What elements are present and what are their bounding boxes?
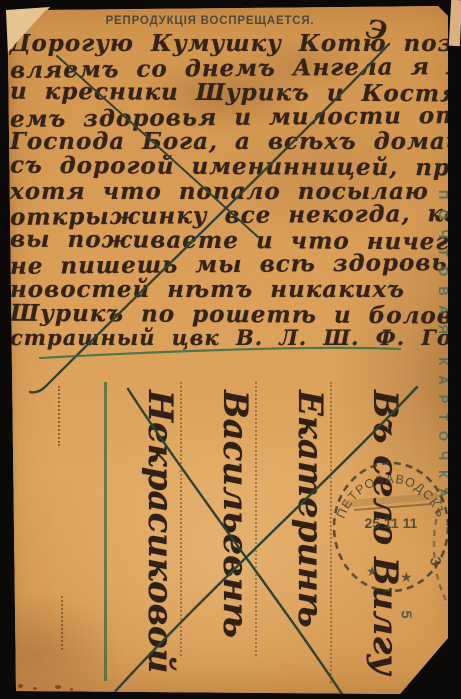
ink-speck bbox=[33, 687, 37, 690]
ink-speck bbox=[55, 685, 61, 689]
cancel-stroke-message bbox=[57, 56, 258, 237]
cancel-strokes bbox=[0, 0, 461, 699]
postcard: РЕПРОДУКЦІЯ ВОСПРЕЩАЕТСЯ. Э Дорогую Куму… bbox=[0, 0, 461, 699]
postcard-scan: РЕПРОДУКЦІЯ ВОСПРЕЩАЕТСЯ. Э Дорогую Куму… bbox=[0, 0, 461, 699]
neighbor-card-edge bbox=[449, 0, 461, 46]
ink-speck bbox=[18, 684, 23, 688]
cancel-stroke-address bbox=[128, 389, 344, 697]
ink-speck bbox=[70, 688, 73, 691]
signature-underline bbox=[40, 348, 400, 358]
cancel-stroke-message bbox=[30, 44, 389, 392]
